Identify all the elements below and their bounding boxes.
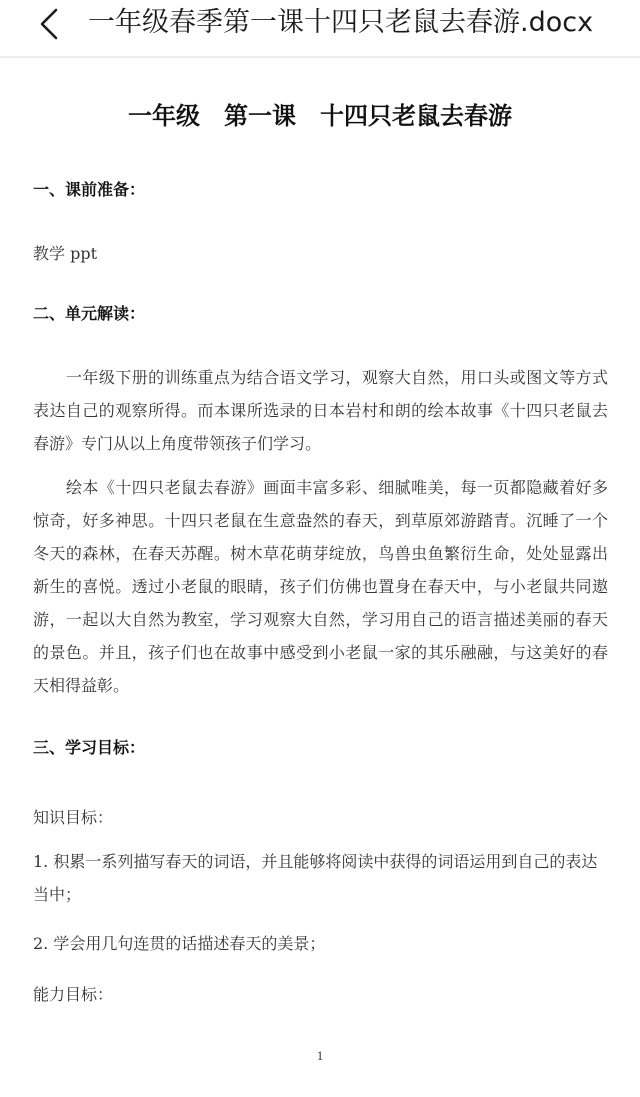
unit-analysis-paragraph-1: 一年级下册的训练重点为结合语文学习，观察大自然，用口头或图文等方式表达自己的观察… <box>33 361 608 460</box>
ability-goals-label: 能力目标： <box>33 978 609 1011</box>
app-header: 一年级春季第一课十四只老鼠去春游.docx <box>0 0 640 58</box>
preparation-content: 教学 ppt <box>33 237 609 270</box>
section-heading-learning-goals: 三、学习目标： <box>33 736 145 760</box>
unit-analysis-paragraph-2: 绘本《十四只老鼠去春游》画面丰富多彩、细腻唯美，每一页都隐藏着好多惊奇，好多神思… <box>33 471 608 702</box>
back-button[interactable] <box>30 4 70 44</box>
knowledge-goal-item-1: 1. 积累一系列描写春天的词语，并且能够将阅读中获得的词语运用到自己的表达当中； <box>33 845 609 911</box>
document-page[interactable]: 一年级 第一课 十四只老鼠去春游 一、课前准备： 教学 ppt 二、单元解读： … <box>0 60 640 1097</box>
document-title: 一年级 第一课 十四只老鼠去春游 <box>0 96 640 136</box>
knowledge-goal-item-2: 2. 学会用几句连贯的话描述春天的美景； <box>33 927 609 960</box>
knowledge-goals-label: 知识目标： <box>33 801 609 834</box>
section-heading-unit-analysis: 二、单元解读： <box>33 302 145 326</box>
page-number: 1 <box>0 1048 640 1064</box>
chevron-left-icon <box>30 4 70 44</box>
file-name-title: 一年级春季第一课十四只老鼠去春游.docx <box>88 2 593 44</box>
section-heading-preparation: 一、课前准备： <box>33 178 145 202</box>
